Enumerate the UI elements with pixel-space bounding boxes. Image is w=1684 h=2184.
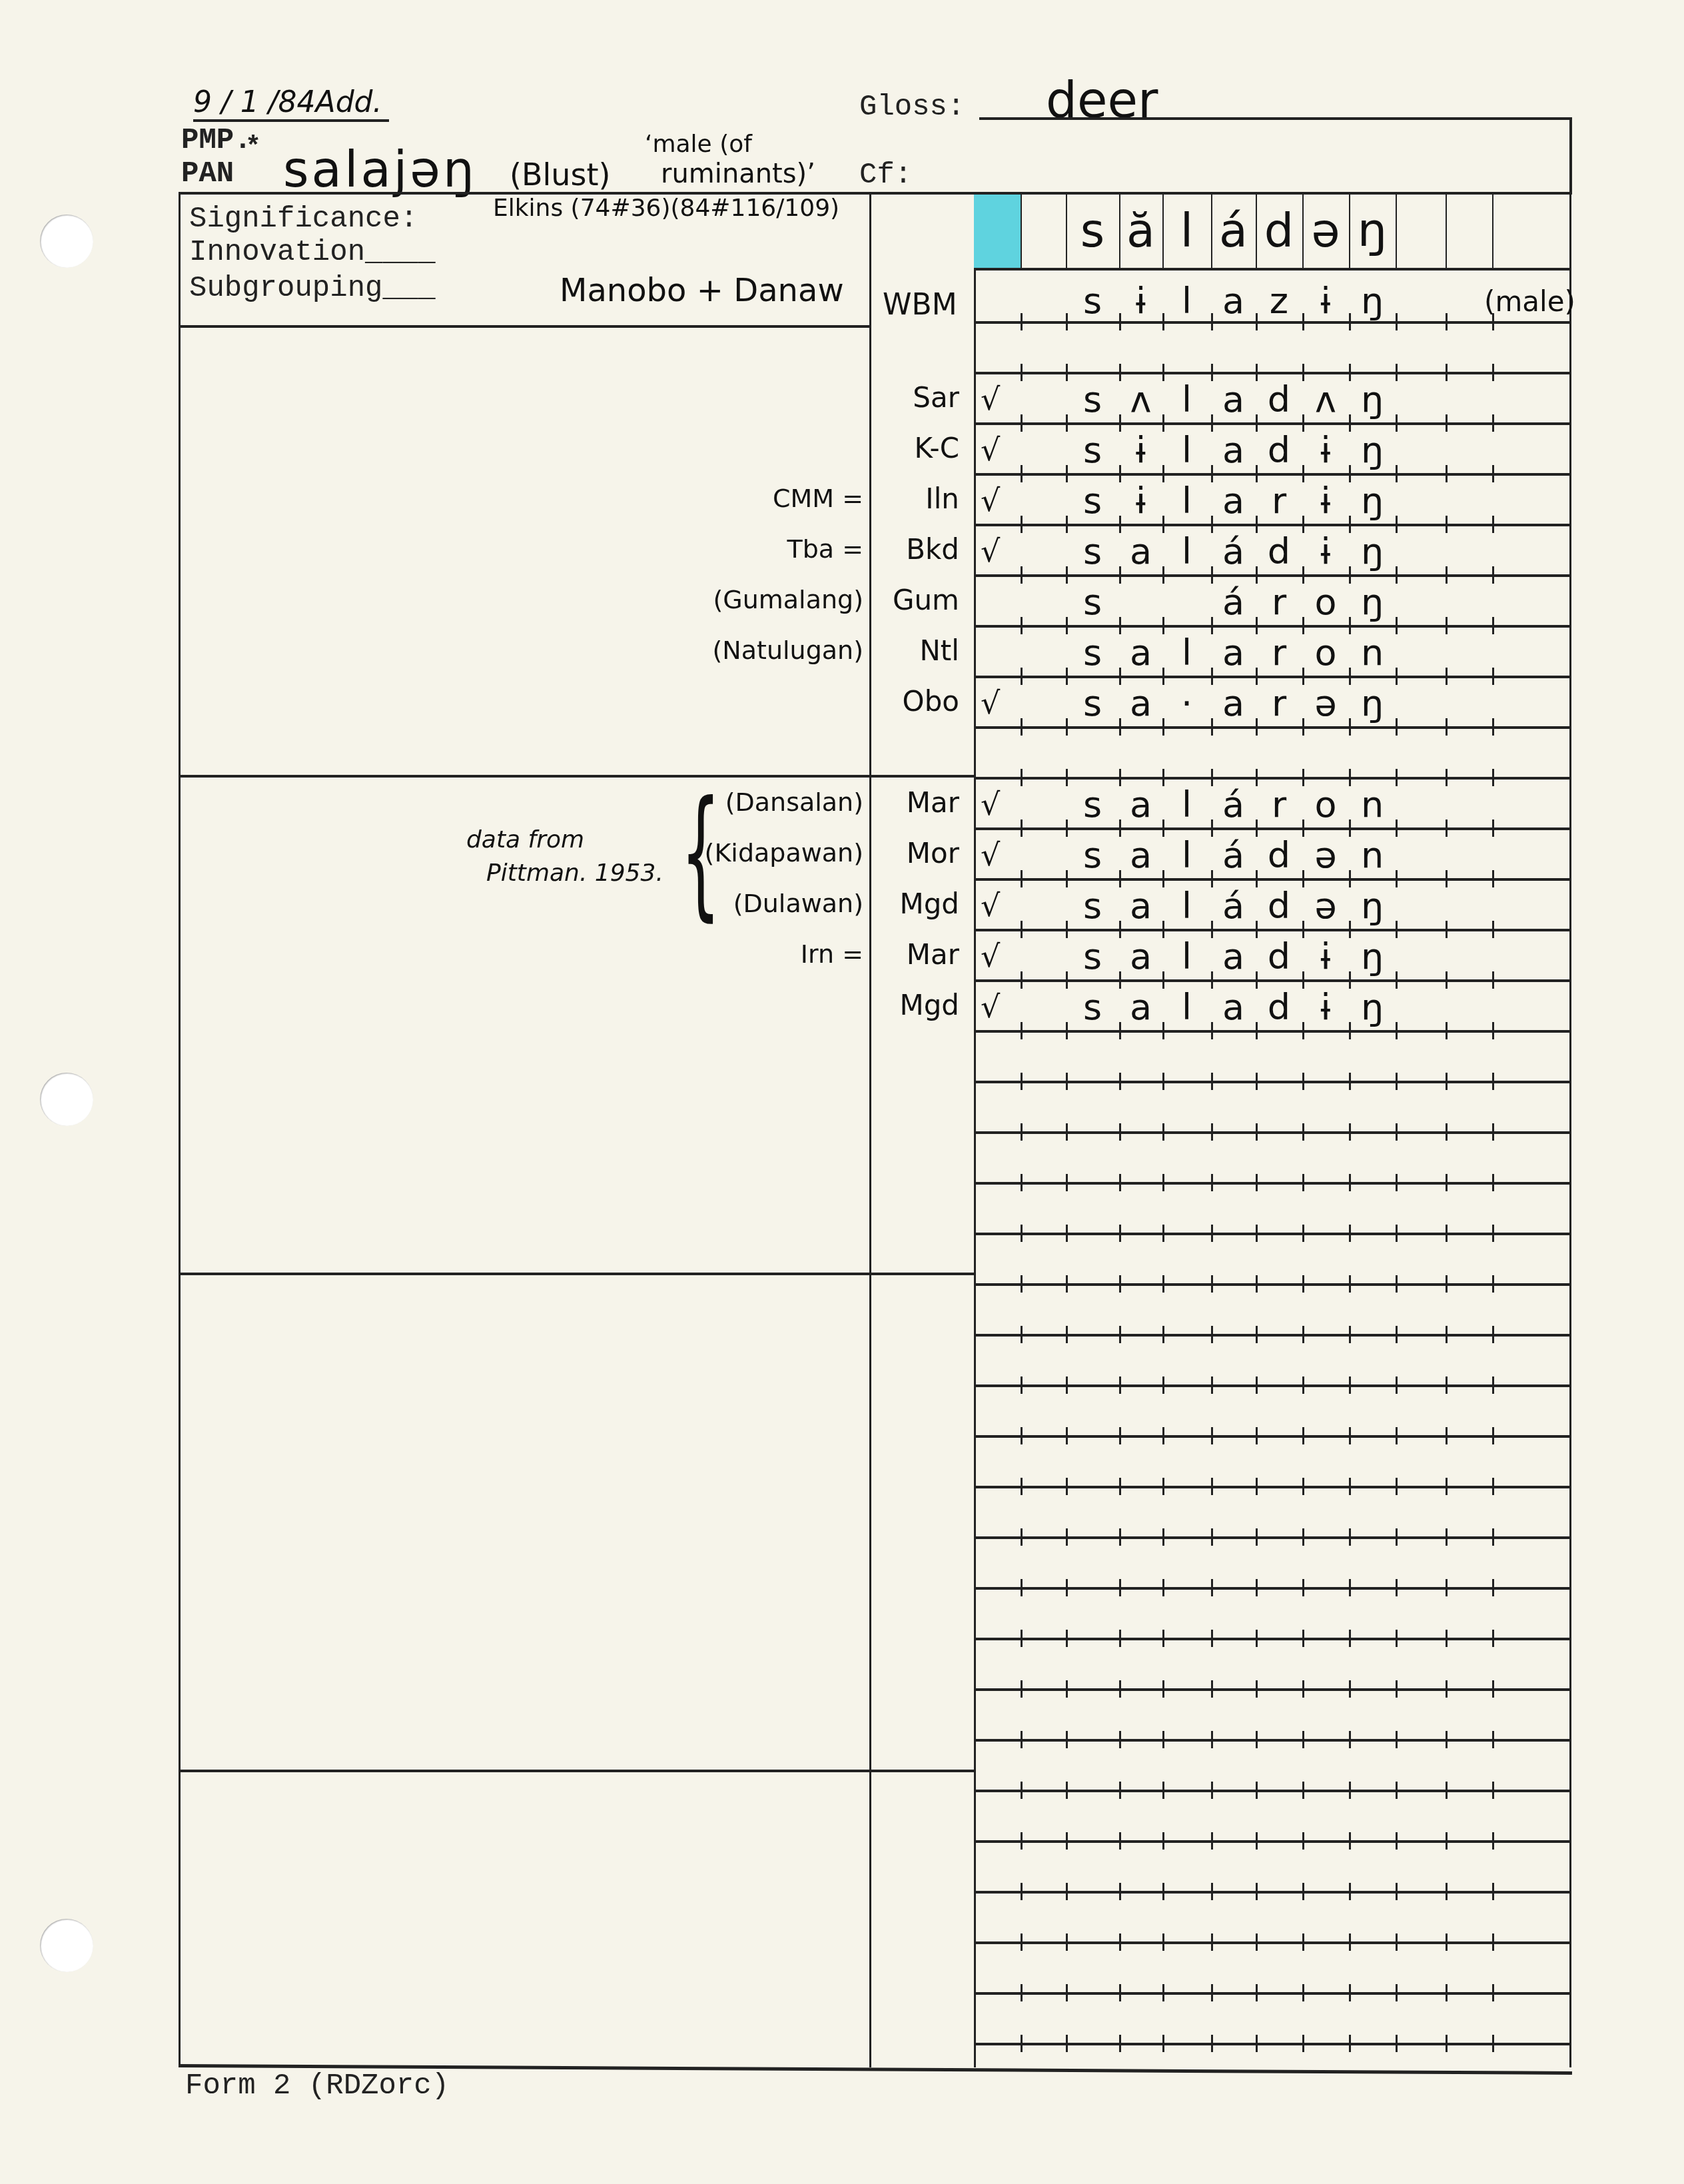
grid-tick [1492, 1731, 1494, 1748]
language-code: Mgd [873, 887, 959, 920]
form-segment: a [1211, 632, 1256, 674]
form-segment: l [1162, 885, 1211, 927]
cognate-check-icon: √ [981, 837, 1000, 873]
grid-tick [1119, 1427, 1121, 1444]
grid-tick [1021, 718, 1023, 736]
grid-tick [1021, 1680, 1023, 1698]
grid-tick [1066, 1782, 1068, 1799]
grid-tick [1211, 1174, 1213, 1191]
form-segment: ʌ [1302, 378, 1349, 420]
grid-tick [1211, 1933, 1213, 1951]
grid-tick [1396, 870, 1398, 887]
grid-tick [1119, 1984, 1121, 2001]
grid-tick [1302, 1630, 1304, 1647]
grid-tick [1349, 1782, 1351, 1799]
grid-tick [1492, 364, 1494, 381]
subgrouping-value: Manobo + Danaw [560, 272, 844, 309]
grid-tick [1162, 1073, 1164, 1090]
grid-row-line [974, 1081, 1571, 1083]
grid-tick [1396, 617, 1398, 634]
grid-tick [1256, 2035, 1258, 2052]
highlight-cell [974, 195, 1021, 269]
grid-tick [1066, 1275, 1068, 1293]
grid-tick [1446, 718, 1448, 736]
grid-row-line [974, 1283, 1571, 1286]
form-segment: l [1162, 986, 1211, 1028]
grid-tick [1492, 1376, 1494, 1394]
grid-row-line [974, 2043, 1571, 2045]
grid-tick [1302, 1579, 1304, 1596]
form-segment: ŋ [1349, 581, 1396, 623]
grid-tick [1446, 668, 1448, 685]
form-segment: s [1066, 530, 1119, 572]
grid-tick [1446, 769, 1448, 786]
grid-tick [1396, 1225, 1398, 1242]
grid-tick [1211, 1427, 1213, 1444]
form-segment: l [1162, 378, 1211, 420]
grid-tick [1021, 566, 1023, 584]
grid-tick [1256, 1579, 1258, 1596]
language-code: Mar [873, 786, 959, 819]
grid-tick [1446, 566, 1448, 584]
form-segment: d [1256, 986, 1302, 1028]
grid-tick [1396, 1478, 1398, 1495]
grid-tick [1302, 1376, 1304, 1394]
grid-tick [1396, 718, 1398, 736]
grid-tick [1021, 1123, 1023, 1141]
grid-tick [1211, 1528, 1213, 1546]
form-segment: r [1256, 581, 1302, 623]
grid-tick [1446, 1376, 1448, 1394]
recon-segment: ă [1119, 203, 1162, 258]
cognate-check-icon: √ [981, 938, 1000, 974]
grid-tick [1021, 465, 1023, 482]
grid-tick [1066, 1376, 1068, 1394]
form-segment: ŋ [1349, 986, 1396, 1028]
grid-tick [1066, 1731, 1068, 1748]
grid-tick [1349, 1123, 1351, 1141]
form-segment: s [1066, 429, 1119, 471]
proto-form: salajəŋ [283, 141, 477, 199]
grid-tick [1211, 1731, 1213, 1748]
recon-segment: á [1211, 203, 1256, 258]
grid-tick [1066, 1630, 1068, 1647]
grid-row-line [974, 1486, 1571, 1488]
grid-tick [1256, 1883, 1258, 1900]
proto-source: (Blust) [510, 157, 610, 193]
grid-row-line [974, 574, 1571, 577]
form-segment: a [1211, 280, 1256, 322]
grid-row-line [974, 1334, 1571, 1337]
grid-tick [1396, 313, 1398, 330]
form-segment: r [1256, 480, 1302, 522]
form-segment: l [1162, 935, 1211, 977]
grid-tick [1396, 1731, 1398, 1748]
grid-tick [1349, 1984, 1351, 2001]
grid-tick [1396, 1174, 1398, 1191]
form-segment: o [1302, 632, 1349, 674]
grid-tick [1302, 1731, 1304, 1748]
grid-tick [1302, 1326, 1304, 1343]
form-segment: · [1162, 682, 1211, 724]
form-segment: ə [1302, 834, 1349, 876]
form-segment: a [1119, 530, 1162, 572]
grid-tick [1119, 1680, 1121, 1698]
grid-row-line [974, 1384, 1571, 1387]
grid-tick [1446, 1275, 1448, 1293]
grid-tick [1492, 1174, 1494, 1191]
grid-tick [1302, 1883, 1304, 1900]
grid-tick [1349, 1326, 1351, 1343]
form-segment: a [1211, 429, 1256, 471]
grid-row-line [974, 878, 1571, 881]
grid-tick [1492, 313, 1494, 330]
grid-tick [1162, 1832, 1164, 1850]
box-top-border [179, 192, 1572, 195]
date-annotation: 9 / 1 /84Add. [193, 85, 389, 122]
grid-tick [1302, 1427, 1304, 1444]
grid-tick [1256, 1123, 1258, 1141]
grid-tick [1119, 1630, 1121, 1647]
grid-tick [1446, 1782, 1448, 1799]
grid-tick [1349, 1832, 1351, 1850]
grid-tick [1162, 1883, 1164, 1900]
grid-tick [1021, 1478, 1023, 1495]
grid-tick [1066, 1073, 1068, 1090]
grid-tick [1256, 1933, 1258, 1951]
recon-segment: s [1066, 203, 1119, 258]
cognate-check-icon: √ [981, 989, 1000, 1025]
grid-tick [1446, 313, 1448, 330]
cognate-check-icon: √ [981, 482, 1000, 518]
grid-tick [1211, 1275, 1213, 1293]
grid-tick [1349, 1225, 1351, 1242]
form-segment: ɨ [1302, 935, 1349, 977]
grid-tick [1021, 1579, 1023, 1596]
grid-tick [1162, 1174, 1164, 1191]
grid-tick [1021, 2035, 1023, 2052]
grid-row-line [974, 1891, 1571, 1894]
language-code: Mar [873, 938, 959, 971]
grid-tick [1211, 1326, 1213, 1343]
grid-tick [1256, 1376, 1258, 1394]
grid-tick [1446, 1630, 1448, 1647]
grid-tick [1066, 1680, 1068, 1698]
recon-cell-divider [1021, 195, 1022, 269]
grid-tick [1396, 1275, 1398, 1293]
grid-tick [1119, 1326, 1121, 1343]
grid-tick [1256, 1326, 1258, 1343]
grid-tick [1211, 1478, 1213, 1495]
cognate-check-icon: √ [981, 887, 1000, 923]
grid-tick [1162, 1123, 1164, 1141]
grid-tick [1302, 1933, 1304, 1951]
language-prefix: (Gumalang) [639, 585, 863, 614]
pmp-label: PMP. [181, 124, 252, 157]
form-segment: ɨ [1119, 480, 1162, 522]
form-segment: ŋ [1349, 935, 1396, 977]
grid-tick [1396, 1883, 1398, 1900]
grid-tick [1119, 1883, 1121, 1900]
form-label: Form 2 (RDZorc) [185, 2069, 449, 2103]
box-left-border [179, 192, 181, 2067]
grid-tick [1119, 1376, 1121, 1394]
grid-row-line [974, 1536, 1571, 1539]
form-segment: r [1256, 632, 1302, 674]
grid-tick [1119, 1782, 1121, 1799]
grid-tick [1119, 1123, 1121, 1141]
language-prefix: Tba = [639, 534, 863, 564]
form-segment: a [1211, 682, 1256, 724]
grid-tick [1492, 516, 1494, 533]
grid-tick [1349, 1478, 1351, 1495]
grid-tick [1302, 2035, 1304, 2052]
form-segment: o [1302, 784, 1349, 825]
grid-tick [1446, 870, 1448, 887]
language-prefix: (Dansalan) [639, 788, 863, 817]
pan-label: PAN [181, 157, 234, 191]
grid-tick [1396, 516, 1398, 533]
form-segment: a [1119, 834, 1162, 876]
cognate-check-icon: √ [981, 533, 1000, 569]
grid-tick [1446, 921, 1448, 938]
form-segment: d [1256, 885, 1302, 927]
language-code: Ntl [873, 634, 959, 667]
form-segment: l [1162, 530, 1211, 572]
grid-tick [1162, 2035, 1164, 2052]
grid-tick [1119, 1528, 1121, 1546]
form-segment: d [1256, 378, 1302, 420]
grid-tick [1256, 1225, 1258, 1242]
grid-tick [1162, 1478, 1164, 1495]
form-segment: s [1066, 834, 1119, 876]
wbm-label: WBM [883, 288, 957, 322]
grid-tick [1446, 1326, 1448, 1343]
grid-row-line [974, 473, 1571, 476]
grid-tick [1211, 1782, 1213, 1799]
recon-row-bottom [974, 268, 1571, 271]
recon-cell-divider [1446, 195, 1447, 269]
language-prefix: (Kidapawan) [639, 838, 863, 867]
grid-tick [1119, 1478, 1121, 1495]
proto-gloss-line1: ‘male (of [645, 131, 752, 158]
grid-tick [1492, 1933, 1494, 1951]
grid-tick [1021, 921, 1023, 938]
form-segment: a [1119, 682, 1162, 724]
grid-tick [1021, 870, 1023, 887]
grid-tick [1211, 1225, 1213, 1242]
grid-tick [1446, 971, 1448, 989]
section-divider-3 [179, 1770, 975, 1772]
grid-tick [1256, 1478, 1258, 1495]
grid-tick [1066, 1933, 1068, 1951]
grid-row-line [974, 1435, 1571, 1438]
grid-tick [1066, 2035, 1068, 2052]
grid-tick [1256, 1427, 1258, 1444]
form-segment: o [1302, 581, 1349, 623]
language-prefix: (Dulawan) [639, 889, 863, 918]
grid-tick [1349, 1528, 1351, 1546]
section-divider-2 [179, 1273, 975, 1275]
grid-tick [1021, 769, 1023, 786]
cognate-check-icon: √ [981, 685, 1000, 721]
grid-tick [1256, 1731, 1258, 1748]
grid-tick [1021, 1731, 1023, 1748]
grid-tick [1162, 1782, 1164, 1799]
form-segment: ŋ [1349, 480, 1396, 522]
grid-tick [1256, 1782, 1258, 1799]
form-segment: a [1119, 885, 1162, 927]
grid-row-line [974, 625, 1571, 628]
form-segment: á [1211, 834, 1256, 876]
grid-tick [1396, 1680, 1398, 1698]
proto-gloss-line2: ruminants)’ [661, 159, 815, 189]
form-segment: d [1256, 834, 1302, 876]
form-segment: á [1211, 885, 1256, 927]
grid-tick [1446, 617, 1448, 634]
grid-tick [1446, 1933, 1448, 1951]
grid-tick [1021, 364, 1023, 381]
form-segment: a [1211, 986, 1256, 1028]
grid-tick [1119, 1225, 1121, 1242]
box-right-border [1569, 117, 1571, 2067]
grid-tick [1162, 1731, 1164, 1748]
grid-tick [1492, 617, 1494, 634]
grid-tick [1396, 465, 1398, 482]
grid-tick [1446, 1731, 1448, 1748]
grid-tick [1021, 819, 1023, 837]
grid-tick [1256, 1832, 1258, 1850]
grid-tick [1256, 1073, 1258, 1090]
grid-tick [1492, 718, 1494, 736]
grid-tick [1302, 1174, 1304, 1191]
grid-tick [1021, 1073, 1023, 1090]
form-segment: l [1162, 429, 1211, 471]
grid-tick [1349, 1427, 1351, 1444]
language-code: Iln [873, 482, 959, 515]
section-divider-1 [179, 775, 975, 778]
grid-tick [1349, 1275, 1351, 1293]
gloss-label: Gloss: [859, 91, 965, 124]
form-segment: l [1162, 480, 1211, 522]
grid-tick [1021, 668, 1023, 685]
significance-label: Significance: [189, 203, 418, 236]
grid-tick [1446, 1478, 1448, 1495]
form-segment: r [1256, 682, 1302, 724]
grid-tick [1349, 1630, 1351, 1647]
form-segment: s [1066, 632, 1119, 674]
grid-tick [1119, 1731, 1121, 1748]
grid-row-line [974, 524, 1571, 526]
grid-tick [1256, 1275, 1258, 1293]
grid-tick [1211, 1579, 1213, 1596]
form-segment: d [1256, 429, 1302, 471]
grid-row-line [974, 1790, 1571, 1792]
grid-tick [1119, 1174, 1121, 1191]
grid-tick [1066, 1225, 1068, 1242]
form-segment: ŋ [1349, 280, 1396, 322]
grid-tick [1492, 1123, 1494, 1141]
grid-tick [1162, 1225, 1164, 1242]
form-segment: á [1211, 530, 1256, 572]
recon-segment: l [1162, 203, 1211, 258]
grid-tick [1162, 1326, 1164, 1343]
grid-row-line [974, 1233, 1571, 1235]
form-segment: ɨ [1119, 280, 1162, 322]
grid-tick [1349, 1579, 1351, 1596]
grid-tick [1021, 971, 1023, 989]
grid-tick [1492, 1782, 1494, 1799]
grid-tick [1492, 1478, 1494, 1495]
grid-tick [1396, 971, 1398, 989]
form-segment: ɨ [1302, 530, 1349, 572]
grid-tick [1021, 1782, 1023, 1799]
grid-tick [1302, 1073, 1304, 1090]
form-segment: s [1066, 378, 1119, 420]
grid-row-line [974, 1131, 1571, 1134]
grid-tick [1302, 1984, 1304, 2001]
recon-segment: d [1256, 203, 1302, 258]
grid-tick [1396, 668, 1398, 685]
grid-tick [1446, 819, 1448, 837]
grid-tick [1302, 1478, 1304, 1495]
grid-tick [1349, 2035, 1351, 2052]
grid-tick [1256, 1528, 1258, 1546]
grid-tick [1211, 1680, 1213, 1698]
grid-tick [1396, 769, 1398, 786]
form-segment: n [1349, 632, 1396, 674]
form-segment: a [1119, 632, 1162, 674]
form-segment: ʌ [1119, 378, 1162, 420]
grid-tick [1021, 1630, 1023, 1647]
form-segment: n [1349, 784, 1396, 825]
grid-tick [1492, 769, 1494, 786]
grid-tick [1396, 2035, 1398, 2052]
form-segment: á [1211, 581, 1256, 623]
grid-tick [1396, 1933, 1398, 1951]
language-prefix: Irn = [639, 939, 863, 969]
grid-tick [1446, 1427, 1448, 1444]
grid-tick [1021, 1883, 1023, 1900]
grid-tick [1492, 1225, 1494, 1242]
gloss-value: deer [1046, 72, 1158, 129]
grid-tick [1349, 1376, 1351, 1394]
grid-tick [1162, 1528, 1164, 1546]
punch-hole-top [40, 215, 93, 268]
grid-tick [1492, 1680, 1494, 1698]
grid-tick [1396, 819, 1398, 837]
grid-tick [1396, 1376, 1398, 1394]
grid-tick [1021, 414, 1023, 432]
asterisk: * [245, 133, 261, 163]
grid-tick [1066, 1427, 1068, 1444]
grid-tick [1492, 414, 1494, 432]
grid-row-line [974, 676, 1571, 678]
form-segment: ŋ [1349, 429, 1396, 471]
grid-row-line [974, 1638, 1571, 1640]
grid-tick [1021, 1174, 1023, 1191]
grid-tick [1162, 1275, 1164, 1293]
form-segment: r [1256, 784, 1302, 825]
grid-tick [1446, 1022, 1448, 1039]
grid-tick [1021, 617, 1023, 634]
grid-row-line [974, 1587, 1571, 1590]
grid-row-line [974, 372, 1571, 374]
grid-tick [1211, 1073, 1213, 1090]
grid-tick [1446, 465, 1448, 482]
grid-row-line [974, 929, 1571, 931]
grid-tick [1492, 566, 1494, 584]
